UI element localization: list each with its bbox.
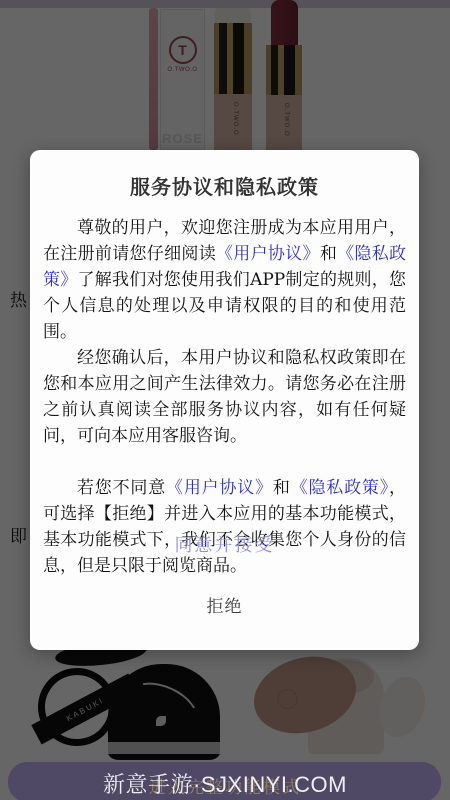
text-segment: 和 <box>273 478 291 498</box>
dialog-paragraph: 尊敬的用户，欢迎您注册成为本应用用户，在注册前请您仔细阅读《用户协议》和《隐私政… <box>43 215 406 345</box>
privacy-dialog: 服务协议和隐私政策 尊敬的用户，欢迎您注册成为本应用用户，在注册前请您仔细阅读《… <box>30 150 419 650</box>
text-segment: 和 <box>320 244 337 264</box>
reject-button[interactable]: 拒绝 <box>30 592 419 617</box>
dialog-body: 尊敬的用户，欢迎您注册成为本应用用户，在注册前请您仔细阅读《用户协议》和《隐私政… <box>43 215 406 579</box>
privacy-policy-link[interactable]: 《隐私政策》 <box>291 478 389 498</box>
dialog-title: 服务协议和隐私政策 <box>30 171 419 200</box>
user-agreement-link[interactable]: 《用户协议》 <box>216 244 320 264</box>
dialog-paragraph: 若您不同意《用户协议》和《隐私政策》，可选择【拒绝】并进入本应用的基本功能模式，… <box>43 475 406 579</box>
text-segment: 经您确认后，本用户协议和隐私权政策即在您和本应用之间产生法律效力。请您务必在注册… <box>43 348 406 446</box>
dialog-paragraph: 经您确认后，本用户协议和隐私权政策即在您和本应用之间产生法律效力。请您务必在注册… <box>43 345 406 449</box>
watermark-text: 新意手游·SJXINYI.COM <box>0 768 450 799</box>
text-segment: 若您不同意 <box>77 478 166 498</box>
agree-button[interactable]: 同意并接受 <box>30 531 419 557</box>
user-agreement-link[interactable]: 《用户协议》 <box>166 478 273 498</box>
text-segment: 了解我们对您使用我们APP制定的规则，您个人信息的处理以及申请权限的目的和使用范… <box>43 270 406 342</box>
